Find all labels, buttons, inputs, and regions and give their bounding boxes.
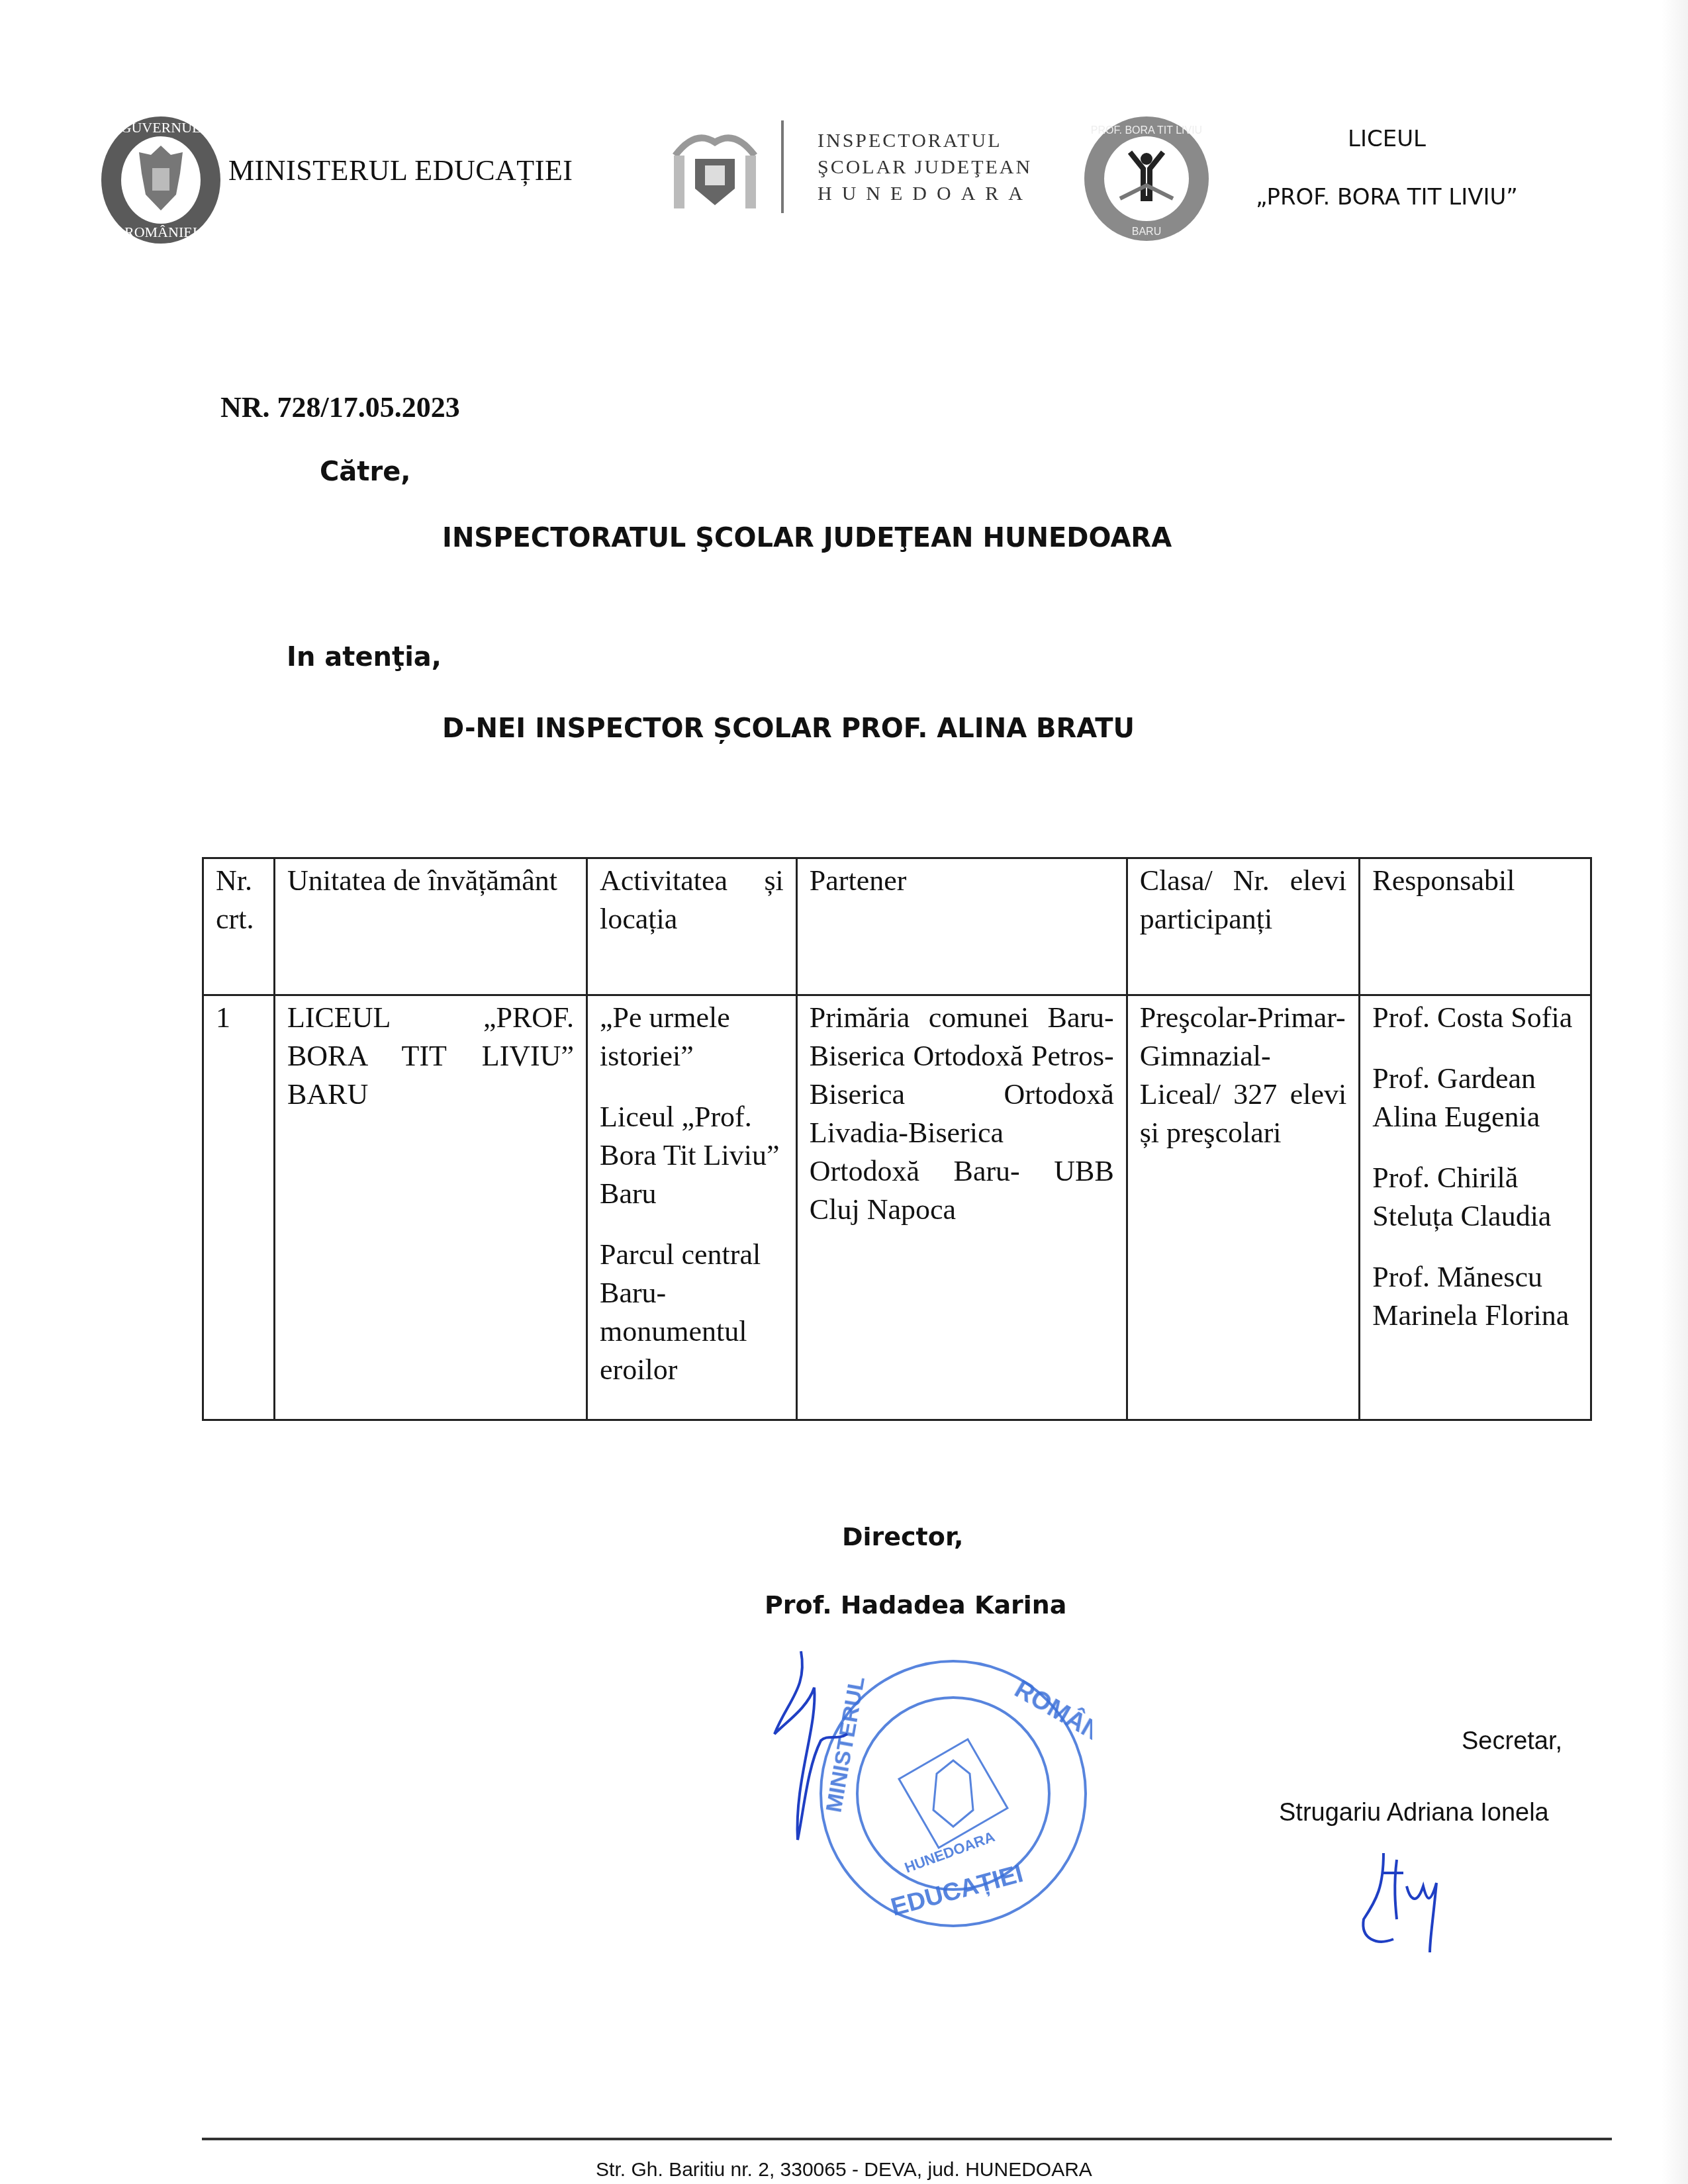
header-activity: Activitatea și locația	[587, 858, 797, 995]
footer-divider	[202, 2138, 1612, 2140]
isj-line-3: HUNEDOARA	[818, 181, 1033, 207]
secretary-label: Secretar,	[1462, 1727, 1562, 1756]
isj-divider	[781, 120, 784, 213]
activity-location-1: Liceul „Prof. Bora Tit Liviu” Baru	[600, 1098, 784, 1213]
school-title: LICEUL „PROF. BORA TIT LIVIU”	[1231, 126, 1542, 242]
cell-class-students: Preşcolar-Primar-Gimnazial-Liceal/ 327 e…	[1127, 995, 1360, 1420]
responsible-2: Prof. Gardean Alina Eugenia	[1372, 1060, 1578, 1136]
responsible-3: Prof. Chirilă Steluța Claudia	[1372, 1159, 1578, 1236]
header-partner: Partener	[796, 858, 1127, 995]
official-school-stamp-icon: ROMÂNIA EDUCAȚIEI MINISTERUL HUNEDOARA	[814, 1655, 1092, 1933]
cell-responsible: Prof. Costa Sofia Prof. Gardean Alina Eu…	[1360, 995, 1591, 1420]
svg-text:ROMÂNIA: ROMÂNIA	[1010, 1674, 1093, 1760]
activity-table: Nr. crt. Unitatea de învățământ Activita…	[202, 857, 1592, 1421]
isj-line-1: INSPECTORATUL	[818, 128, 1033, 154]
svg-text:ROMÂNIEI: ROMÂNIEI	[124, 224, 197, 240]
svg-text:PROF. BORA TIT LIVIU: PROF. BORA TIT LIVIU	[1091, 125, 1202, 136]
cell-unit: LICEUL „PROF. BORA TIT LIVIU” BARU	[274, 995, 586, 1420]
recipient-label: Către,	[320, 457, 411, 487]
header-unit: Unitatea de învățământ	[274, 858, 586, 995]
director-label: Director,	[842, 1522, 963, 1551]
responsible-1: Prof. Costa Sofia	[1372, 999, 1578, 1037]
header-nr: Nr. crt.	[203, 858, 275, 995]
responsible-4: Prof. Mănescu Marinela Florina	[1372, 1258, 1578, 1335]
isj-title: INSPECTORATUL ŞCOLAR JUDEŢEAN HUNEDOARA	[818, 128, 1033, 207]
secretary-signature-icon	[1357, 1846, 1463, 1952]
header-responsible: Responsabil	[1360, 858, 1591, 995]
attention-person: D-NEI INSPECTOR ȘCOLAR PROF. ALINA BRATU	[442, 713, 1135, 744]
school-line-1: LICEUL	[1231, 126, 1542, 184]
isj-line-2: ŞCOLAR JUDEŢEAN	[818, 154, 1033, 181]
activity-location-2: Parcul central Baru-monumentul eroilor	[600, 1236, 784, 1389]
isj-hunedoara-logo-icon	[669, 122, 761, 215]
director-signature-icon	[761, 1648, 854, 1846]
attention-label: In atenţia,	[287, 642, 442, 672]
table-row: 1 LICEUL „PROF. BORA TIT LIVIU” BARU „Pe…	[203, 995, 1591, 1420]
ministry-title: MINISTERUL EDUCAȚIEI	[228, 154, 573, 187]
document-number: NR. 728/17.05.2023	[220, 390, 460, 424]
recipient-organization: INSPECTORATUL ŞCOLAR JUDEŢEAN HUNEDOARA	[442, 523, 1172, 553]
director-name: Prof. Hadadea Karina	[765, 1590, 1067, 1619]
svg-text:GUVERNUL: GUVERNUL	[121, 119, 201, 136]
cell-nr: 1	[203, 995, 275, 1420]
school-line-2: „PROF. BORA TIT LIVIU”	[1231, 184, 1542, 242]
romanian-government-seal-icon: GUVERNUL ROMÂNIEI	[98, 114, 224, 246]
secretary-name: Strugariu Adriana Ionela	[1279, 1799, 1549, 1827]
activity-title: „Pe urmele istoriei”	[600, 999, 784, 1075]
table-header-row: Nr. crt. Unitatea de învățământ Activita…	[203, 858, 1591, 995]
cell-partner: Primăria comunei Baru-Biserica Ortodoxă …	[796, 995, 1127, 1420]
header-class: Clasa/ Nr. elevi participanți	[1127, 858, 1360, 995]
svg-text:BARU: BARU	[1132, 226, 1161, 238]
footer-address: Str. Gh. Baritiu nr. 2, 330065 - DEVA, j…	[0, 2159, 1688, 2181]
page-edge	[1662, 0, 1688, 2184]
school-emblem-icon: PROF. BORA TIT LIVIU BARU	[1080, 113, 1213, 245]
cell-activity: „Pe urmele istoriei” Liceul „Prof. Bora …	[587, 995, 797, 1420]
